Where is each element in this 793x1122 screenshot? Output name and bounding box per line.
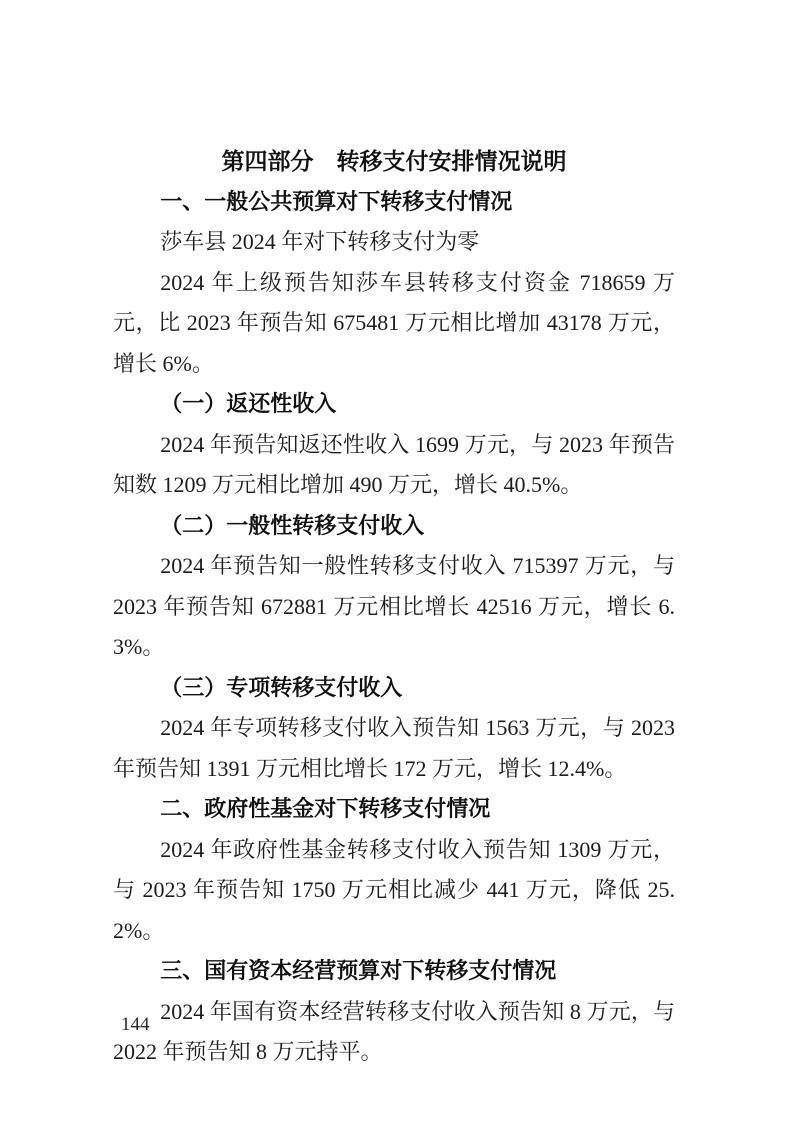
paragraph: 莎车县 2024 年对下转移支付为零	[113, 222, 675, 263]
section-returned-income: （一）返还性收入 2024 年预告知返还性收入 1699 万元，与 2023 年…	[113, 384, 675, 506]
section-general-public-budget: 一、一般公共预算对下转移支付情况 莎车县 2024 年对下转移支付为零 2024…	[113, 182, 675, 385]
page-number: 144	[121, 1012, 150, 1038]
paragraph: 2024 年政府性基金转移支付收入预告知 1309 万元，与 2023 年预告知…	[113, 830, 675, 952]
section-heading: 二、政府性基金对下转移支付情况	[113, 789, 675, 830]
paragraph: 2024 年预告知一般性转移支付收入 715397 万元，与 2023 年预告知…	[113, 546, 675, 668]
section-state-capital-budget: 三、国有资本经营预算对下转移支付情况 2024 年国有资本经营转移支付收入预告知…	[113, 951, 675, 1073]
document-page: 第四部分 转移支付安排情况说明 一、一般公共预算对下转移支付情况 莎车县 202…	[0, 0, 793, 1122]
paragraph: 2024 年专项转移支付收入预告知 1563 万元，与 2023 年预告知 13…	[113, 708, 675, 789]
section-government-fund: 二、政府性基金对下转移支付情况 2024 年政府性基金转移支付收入预告知 130…	[113, 789, 675, 951]
page-title: 第四部分 转移支付安排情况说明	[113, 141, 675, 182]
section-heading: （一）返还性收入	[113, 384, 675, 425]
paragraph: 2024 年预告知返还性收入 1699 万元，与 2023 年预告知数 1209…	[113, 425, 675, 506]
section-heading: （三）专项转移支付收入	[113, 668, 675, 709]
paragraph: 2024 年国有资本经营转移支付收入预告知 8 万元，与 2022 年预告知 8…	[113, 992, 675, 1073]
section-heading: 一、一般公共预算对下转移支付情况	[113, 182, 675, 223]
document-content: 第四部分 转移支付安排情况说明 一、一般公共预算对下转移支付情况 莎车县 202…	[113, 141, 675, 1073]
section-special-transfer-income: （三）专项转移支付收入 2024 年专项转移支付收入预告知 1563 万元，与 …	[113, 668, 675, 790]
section-general-transfer-income: （二）一般性转移支付收入 2024 年预告知一般性转移支付收入 715397 万…	[113, 506, 675, 668]
section-heading: 三、国有资本经营预算对下转移支付情况	[113, 951, 675, 992]
section-heading: （二）一般性转移支付收入	[113, 506, 675, 547]
paragraph: 2024 年上级预告知莎车县转移支付资金 718659 万元，比 2023 年预…	[113, 263, 675, 385]
